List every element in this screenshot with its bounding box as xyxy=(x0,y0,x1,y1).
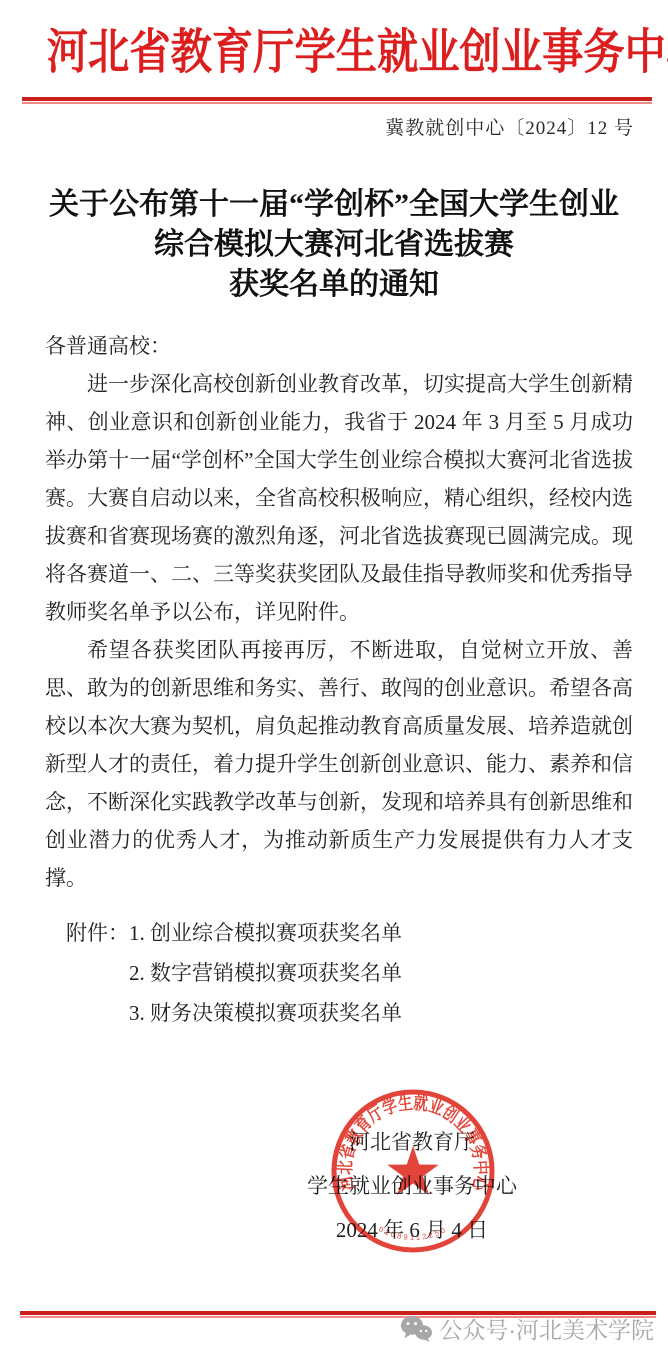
header-rule xyxy=(22,97,652,104)
notice-body: 各普通高校： 进一步深化高校创新创业教育改革，切实提高大学生创新精神、创业意识和… xyxy=(45,327,633,897)
attachment-item: 2. 数字营销模拟赛项获奖名单 xyxy=(66,953,402,993)
footer-watermark-text: 公众号·河北美术学院 xyxy=(439,1312,654,1345)
svg-text:01089112250: 01089112250 xyxy=(377,1224,449,1242)
org-header-title: 河北省教育厅学生就业创业事务中心 xyxy=(47,18,621,88)
header-rule-light xyxy=(22,102,652,104)
body-paragraph-2: 希望各获奖团队再接再厉，不断进取，自觉树立开放、善思、敢为的创新思维和务实、善行… xyxy=(45,631,633,897)
notice-title-line-2: 综合模拟大赛河北省选拔赛 xyxy=(0,225,668,265)
seal-star-icon xyxy=(387,1146,438,1195)
attachment-item: 1. 创业综合模拟赛项获奖名单 xyxy=(129,921,402,945)
wechat-icon xyxy=(400,1315,432,1342)
seal-serial: 01089112250 xyxy=(377,1224,449,1242)
official-seal: 河北省教育厅学生就业创业事务中心 01089112250 xyxy=(327,1085,499,1257)
notice-title: 关于公布第十一届“学创杯”全国大学生创业 综合模拟大赛河北省选拔赛 获奖名单的通… xyxy=(0,185,668,305)
page: 河北省教育厅学生就业创业事务中心 冀教就创中心〔2024〕12 号 关于公布第十… xyxy=(0,0,668,1352)
doc-number: 冀教就创中心〔2024〕12 号 xyxy=(385,113,634,140)
attachment-item: 3. 财务决策模拟赛项获奖名单 xyxy=(66,993,402,1033)
notice-title-line-1: 关于公布第十一届“学创杯”全国大学生创业 xyxy=(0,185,668,225)
attachments-line-1: 附件：1. 创业综合模拟赛项获奖名单 xyxy=(66,913,402,953)
attachments-list: 附件：1. 创业综合模拟赛项获奖名单 2. 数字营销模拟赛项获奖名单 3. 财务… xyxy=(66,913,402,1033)
body-salutation: 各普通高校： xyxy=(45,327,633,365)
body-paragraph-1: 进一步深化高校创新创业教育改革，切实提高大学生创新精神、创业意识和创新创业能力，… xyxy=(45,365,633,631)
header-rule-dark xyxy=(22,97,652,101)
footer-watermark: 公众号·河北美术学院 xyxy=(400,1313,654,1343)
attachments-label: 附件： xyxy=(66,921,129,945)
notice-title-line-3: 获奖名单的通知 xyxy=(0,265,668,305)
